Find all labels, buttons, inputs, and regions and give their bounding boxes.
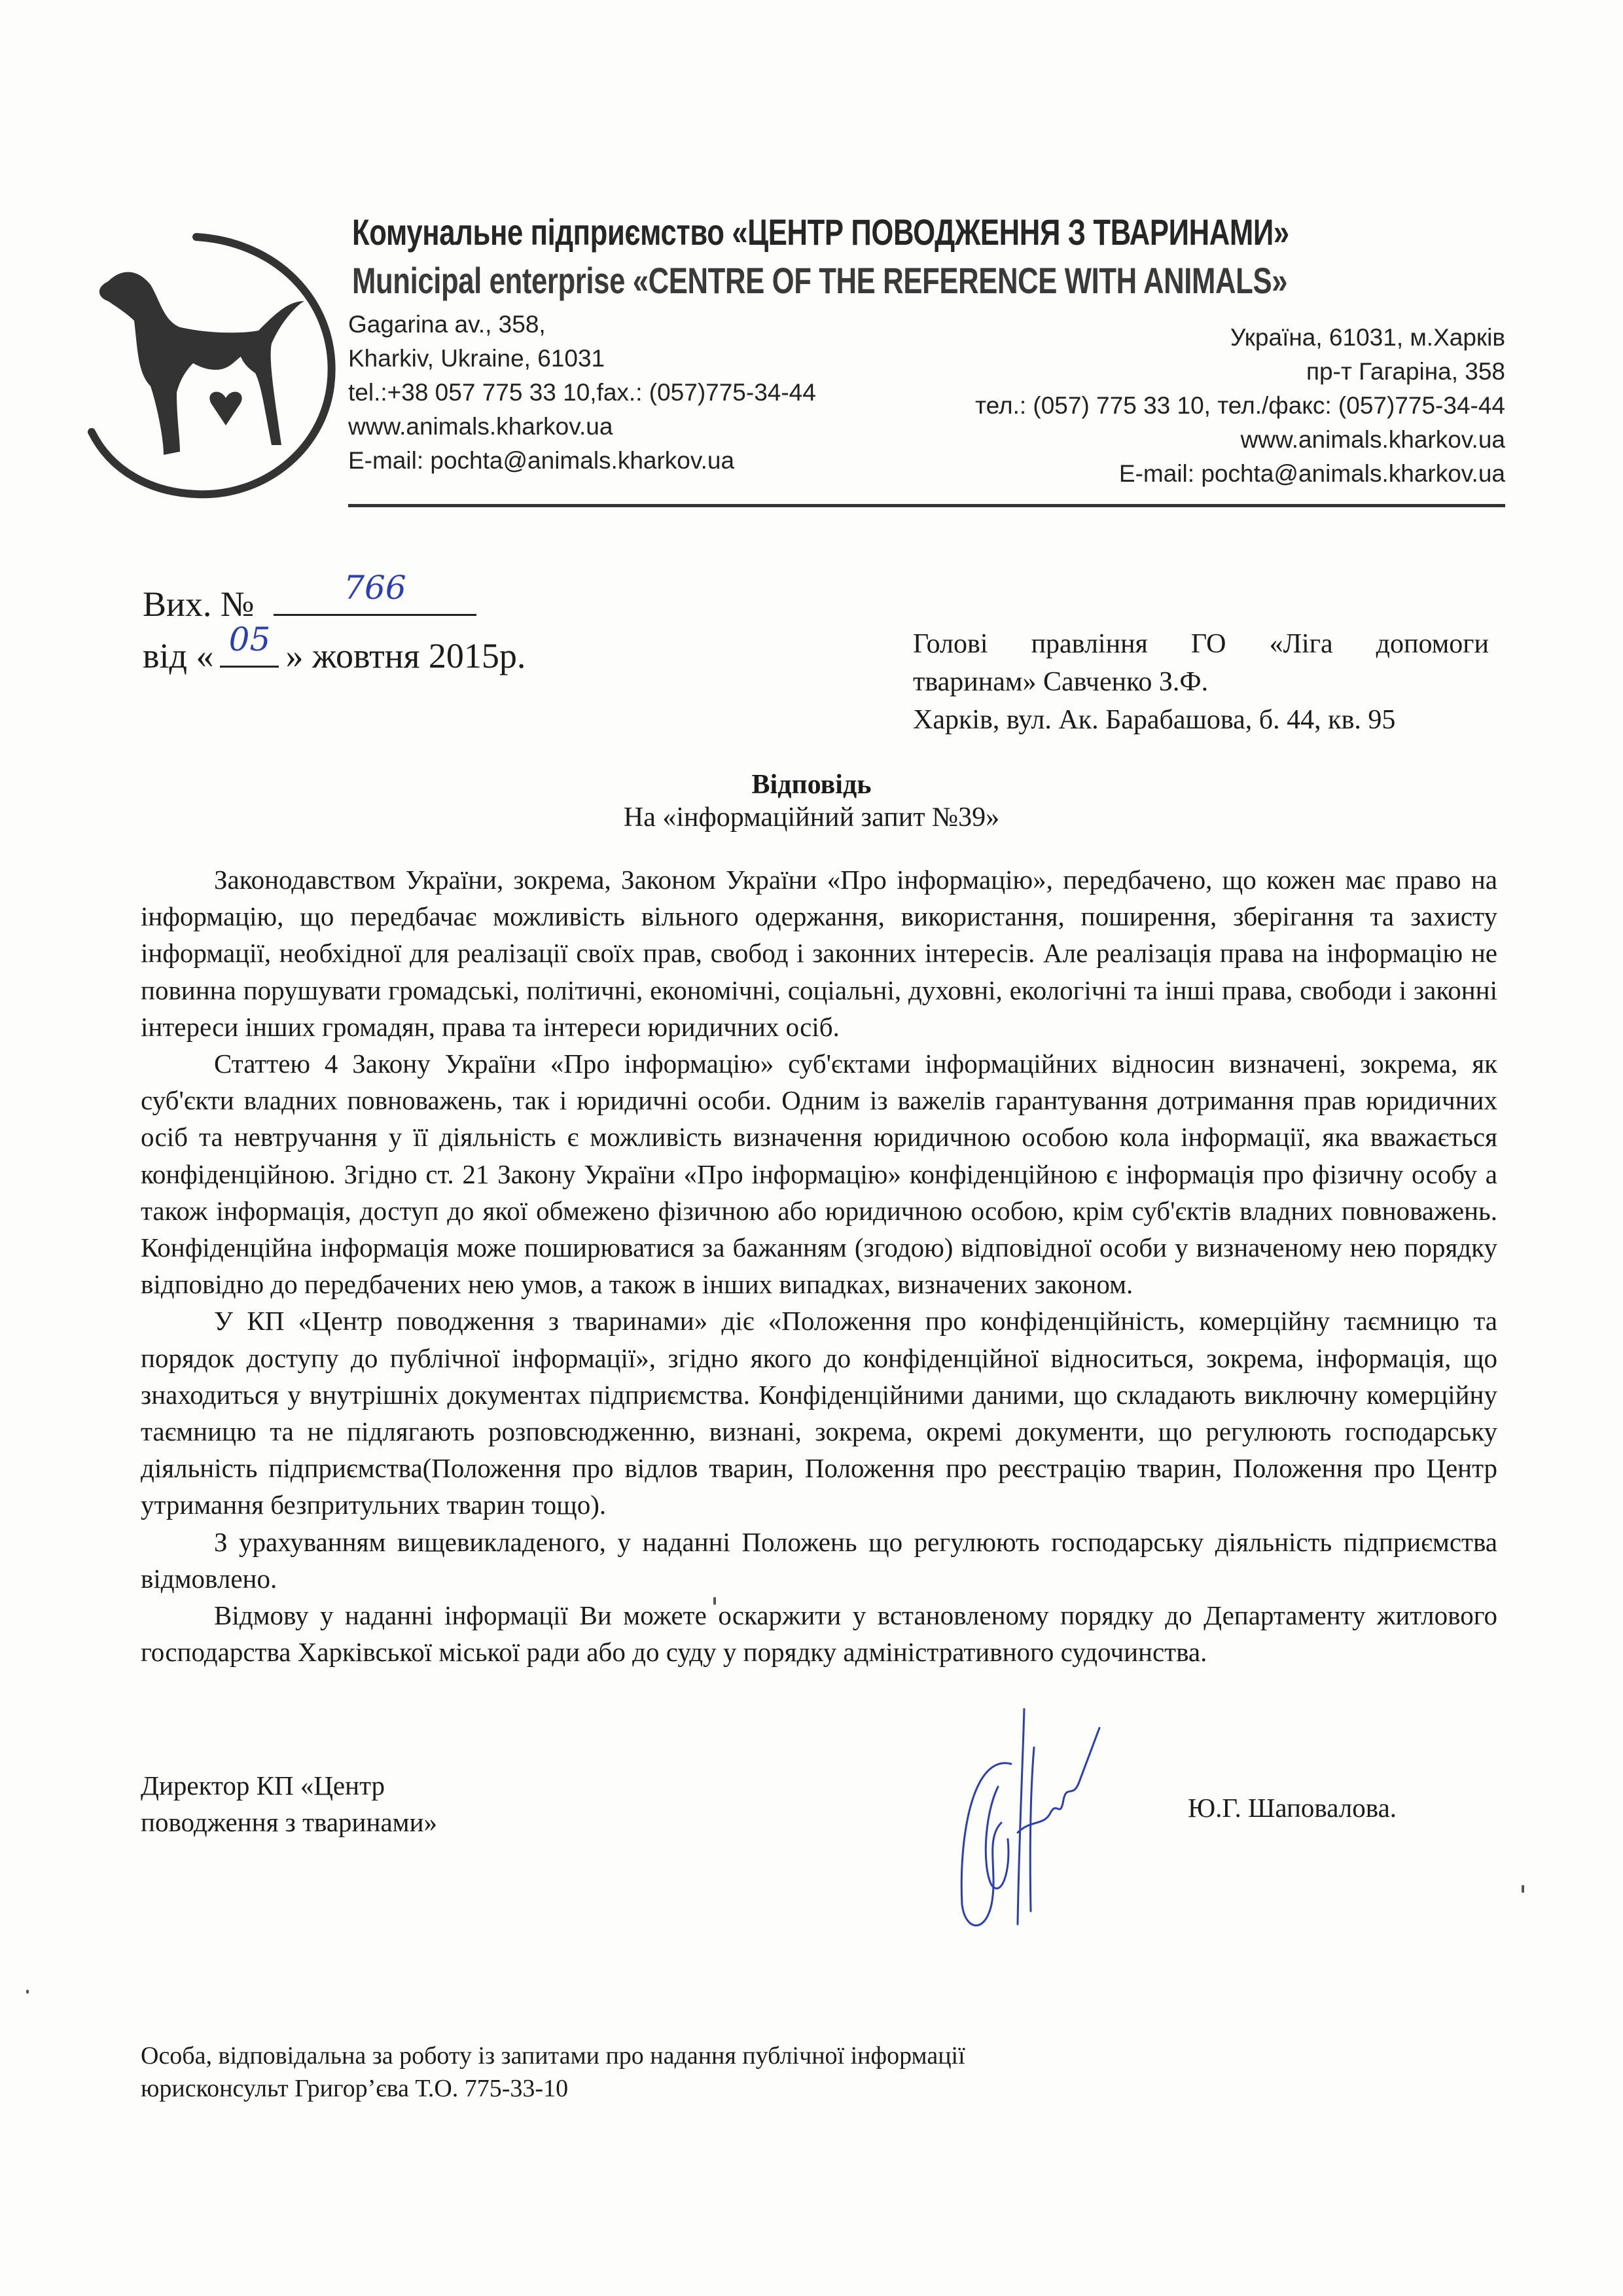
scan-speck	[1522, 1885, 1524, 1893]
document-subtitle: На «інформаційний запит №39»	[0, 800, 1623, 835]
signatory-position-line: Директор КП «Центр	[141, 1767, 437, 1804]
address-uk-line: пр-т Гагаріна, 358	[975, 355, 1505, 389]
outgoing-number-field: 766	[274, 576, 476, 616]
address-uk: Україна, 61031, м.Харків пр-т Гагаріна, …	[975, 321, 1505, 491]
body-paragraph: У КП «Центр поводження з тваринами» діє …	[141, 1302, 1497, 1523]
scan-speck	[26, 1990, 29, 1994]
signatory-position: Директор КП «Центр поводження з тваринам…	[141, 1767, 437, 1840]
addressee-block: Голові правління ГО «Ліга допомоги твари…	[913, 625, 1489, 739]
signatory-position-line: поводження з тваринами»	[141, 1804, 437, 1840]
date-suffix: » жовтня 2015р.	[285, 636, 526, 675]
body-paragraph: Статтею 4 Закону України «Про інформацію…	[141, 1045, 1497, 1302]
website-link[interactable]: www.animals.kharkov.ua	[348, 410, 816, 444]
outgoing-number-value: 766	[274, 564, 476, 611]
date-day-value: 05	[220, 616, 279, 663]
org-name-en: Municipal enterprise «CENTRE OF THE REFE…	[352, 259, 1287, 302]
addressee-line: Харків, вул. Ак. Барабашова, б. 44, кв. …	[913, 701, 1489, 739]
org-name-uk: Комунальне підприємство «ЦЕНТР ПОВОДЖЕНН…	[352, 211, 1289, 253]
letterhead-divider	[348, 504, 1505, 507]
contact-person-line: юрисконсульт Григор’єва Т.О. 775-33-10	[141, 2072, 965, 2105]
address-en: Gagarina av., 358, Kharkiv, Ukraine, 610…	[348, 308, 816, 478]
reference-block: Вих. № 766 від «05» жовтня 2015р.	[143, 576, 526, 679]
email-link[interactable]: E-mail: pochta@animals.kharkov.ua	[975, 457, 1505, 491]
contact-person-note: Особа, відповідальна за роботу із запита…	[141, 2039, 965, 2105]
addressee-line: Голові правління ГО «Ліга допомоги	[913, 625, 1489, 663]
address-uk-line: Україна, 61031, м.Харків	[975, 321, 1505, 355]
address-en-line: Gagarina av., 358,	[348, 308, 816, 342]
website-link[interactable]: www.animals.kharkov.ua	[975, 423, 1505, 457]
date-day-field: 05	[220, 628, 279, 668]
address-uk-line: тел.: (057) 775 33 10, тел./факс: (057)7…	[975, 389, 1505, 423]
dog-cat-heart-logo-icon	[72, 229, 347, 504]
document-title: Відповідь	[0, 767, 1623, 802]
scan-speck	[713, 1597, 716, 1605]
letter-body: Законодавством України, зокрема, Законом…	[141, 861, 1497, 1670]
address-en-line: Kharkiv, Ukraine, 61031	[348, 342, 816, 376]
body-paragraph: Законодавством України, зокрема, Законом…	[141, 861, 1497, 1045]
address-en-line: tel.:+38 057 775 33 10,fax.: (057)775-34…	[348, 376, 816, 410]
date-prefix: від «	[143, 636, 213, 675]
body-paragraph: З урахуванням вищевикладеного, у наданні…	[141, 1524, 1497, 1597]
email-link[interactable]: E-mail: pochta@animals.kharkov.ua	[348, 444, 816, 478]
signatory-name: Ю.Г. Шаповалова.	[1188, 1792, 1397, 1823]
handwritten-signature-icon	[946, 1708, 1142, 1944]
contact-person-line: Особа, відповідальна за роботу із запита…	[141, 2039, 965, 2072]
addressee-line: тваринам» Савченко З.Ф.	[913, 663, 1489, 701]
body-paragraph: Відмову у наданні інформації Ви можете о…	[141, 1597, 1497, 1670]
